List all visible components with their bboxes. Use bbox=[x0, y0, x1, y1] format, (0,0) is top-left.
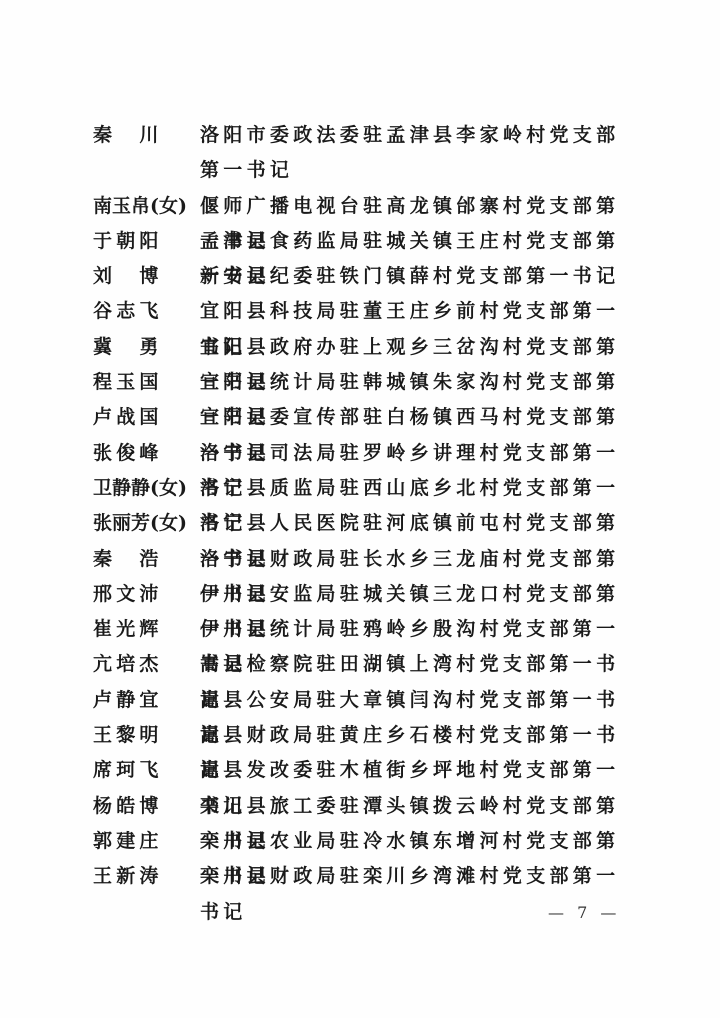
person-name: 席珂飞 bbox=[93, 753, 203, 788]
list-item: 谷志飞 宜阳县科技局驻董王庄乡前村党支部第一书记 bbox=[93, 294, 653, 329]
person-name: 杨皓博 bbox=[93, 789, 203, 824]
list-item: 于朝阳 孟津县食药监局驻城关镇王庄村党支部第一书记 bbox=[93, 224, 653, 259]
list-item: 卫静静(女) 洛宁县质监局驻西山底乡北村党支部第一书记 bbox=[93, 471, 653, 506]
list-item: 南玉帛(女) 偃师广播电视台驻高龙镇邰寨村党支部第一书记 bbox=[93, 189, 653, 224]
person-name: 邢文沛 bbox=[93, 577, 203, 612]
list-item: 秦 浩 洛宁县财政局驻长水乡三龙庙村党支部第一书记 bbox=[93, 542, 653, 577]
person-name: 卫静静(女) bbox=[93, 471, 203, 506]
person-name: 冀 勇 bbox=[93, 330, 203, 365]
list-item: 冀 勇 宜阳县政府办驻上观乡三岔沟村党支部第一书记 bbox=[93, 330, 653, 365]
list-item: 卢静宜 嵩县公安局驻大章镇闫沟村党支部第一书记 bbox=[93, 683, 653, 718]
person-name: 谷志飞 bbox=[93, 294, 203, 329]
list-item: 郭建庄 栾川县农业局驻冷水镇东增河村党支部第一书记 bbox=[93, 824, 653, 859]
person-name: 王黎明 bbox=[93, 718, 203, 753]
list-item: 席珂飞 嵩县发改委驻木植街乡坪地村党支部第一书记 bbox=[93, 753, 653, 788]
person-name: 刘 博 bbox=[93, 259, 203, 294]
page-number: — 7 — bbox=[548, 903, 620, 922]
list-item: 王新涛 栾川县财政局驻栾川乡湾滩村党支部第一书记 bbox=[93, 859, 653, 894]
person-name: 秦 浩 bbox=[93, 542, 203, 577]
person-name: 南玉帛(女) bbox=[93, 189, 203, 224]
list-item: 刘 博 新安县纪委驻铁门镇薛村党支部第一书记 bbox=[93, 259, 653, 294]
list-item: 崔光辉 伊川县统计局驻鸦岭乡殷沟村党支部第一书记 bbox=[93, 612, 653, 647]
list-item: 亢培杰 嵩县检察院驻田湖镇上湾村党支部第一书记 bbox=[93, 647, 653, 682]
person-name: 张俊峰 bbox=[93, 436, 203, 471]
position-description: 洛阳市委政法委驻孟津县李家岭村党支部第一书记 bbox=[200, 118, 640, 189]
list-item: 张俊峰 洛宁县司法局驻罗岭乡讲理村党支部第一书记 bbox=[93, 436, 653, 471]
position-description: 新安县纪委驻铁门镇薛村党支部第一书记 bbox=[200, 259, 640, 294]
list-item: 张丽芳(女) 洛宁县人民医院驻河底镇前屯村党支部第一书记 bbox=[93, 506, 653, 541]
list-item: 卢战国 宜阳县委宣传部驻白杨镇西马村党支部第一书记 bbox=[93, 400, 653, 435]
list-item: 王黎明 嵩县财政局驻黄庄乡石楼村党支部第一书记 bbox=[93, 718, 653, 753]
secretary-list: 秦 川 洛阳市委政法委驻孟津县李家岭村党支部第一书记 南玉帛(女) 偃师广播电视… bbox=[93, 118, 653, 895]
list-item: 秦 川 洛阳市委政法委驻孟津县李家岭村党支部第一书记 bbox=[93, 118, 653, 189]
person-name: 于朝阳 bbox=[93, 224, 203, 259]
list-item: 程玉国 宜阳县统计局驻韩城镇朱家沟村党支部第一书记 bbox=[93, 365, 653, 400]
list-item: 杨皓博 栾川县旅工委驻潭头镇拨云岭村党支部第一书记 bbox=[93, 789, 653, 824]
person-name: 秦 川 bbox=[93, 118, 203, 153]
person-name: 亢培杰 bbox=[93, 647, 203, 682]
person-name: 王新涛 bbox=[93, 859, 203, 894]
person-name: 张丽芳(女) bbox=[93, 506, 203, 541]
person-name: 崔光辉 bbox=[93, 612, 203, 647]
person-name: 程玉国 bbox=[93, 365, 203, 400]
person-name: 卢战国 bbox=[93, 400, 203, 435]
person-name: 卢静宜 bbox=[93, 683, 203, 718]
person-name: 郭建庄 bbox=[93, 824, 203, 859]
list-item: 邢文沛 伊川县安监局驻城关镇三龙口村党支部第一书记 bbox=[93, 577, 653, 612]
document-page: 秦 川 洛阳市委政法委驻孟津县李家岭村党支部第一书记 南玉帛(女) 偃师广播电视… bbox=[0, 0, 720, 1018]
